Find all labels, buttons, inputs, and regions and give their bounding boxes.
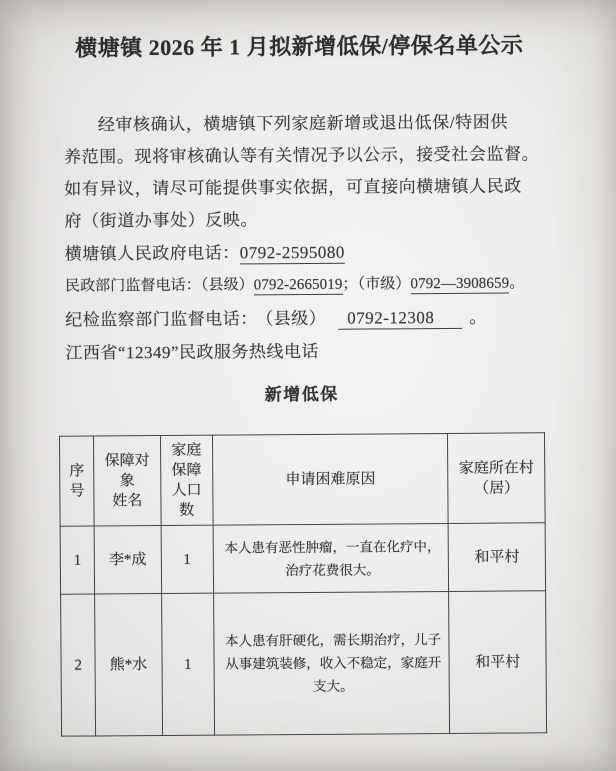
section-title-new-additions: 新增低保: [59, 378, 545, 406]
cell-index: 2: [61, 594, 96, 736]
contact-info-block: 横塘镇人民政府电话：0792-2595080 民政部门监督电话：（县级）0792…: [58, 234, 545, 369]
scanned-document-sheet: 横塘镇 2026 年 1 月拟新增低保/停保名单公示 经审核确认，横塘镇下列家庭…: [0, 0, 616, 771]
hotline-phone-line: 江西省“12349”民政服务热线电话: [65, 333, 544, 369]
table-row: 2 熊*水 1 本人患有肝硬化，需长期治疗，儿子 从事建筑装修，收入不稳定，家庭…: [61, 591, 547, 736]
discipline-prefix: （县级）: [265, 309, 327, 328]
discipline-phone-number: 0792-12308: [338, 308, 462, 330]
civil-suffix: 。: [509, 275, 524, 291]
cell-reason: 本人患有恶性肿瘤，一直在化疗中， 治疗花费很大。: [213, 523, 449, 593]
cell-household-count: 1: [161, 525, 214, 593]
civil-county-prefix: （县级）: [201, 277, 254, 293]
col-header-household-count: 家庭保障 人口数: [160, 435, 213, 525]
gov-phone-label: 横塘镇人民政府电话：: [65, 243, 240, 263]
cell-household-count: 1: [161, 593, 214, 735]
cell-name: 李*成: [94, 525, 161, 593]
page-title: 横塘镇 2026 年 1 月拟新增低保/停保名单公示: [56, 28, 542, 62]
cell-reason: 本人患有肝硬化，需长期治疗，儿子 从事建筑装修，收入不稳定，家庭开 支大。: [214, 591, 450, 735]
discipline-suffix: 。: [469, 308, 487, 327]
col-header-name: 保障对象 姓名: [94, 435, 161, 525]
cell-index: 1: [60, 526, 95, 594]
intro-paragraph: 经审核确认，横塘镇下列家庭新增或退出低保/特困供 养范围。现将审核确认等有关情况…: [57, 106, 544, 237]
col-header-village: 家庭所在村 （居）: [448, 433, 545, 524]
civil-city-prefix: （市级）: [358, 276, 411, 292]
hotline-text: 江西省“12349”民政服务热线电话: [65, 342, 319, 363]
gov-phone-number: 0792-2595080: [240, 243, 345, 265]
document-content: 横塘镇 2026 年 1 月拟新增低保/停保名单公示 经审核确认，横塘镇下列家庭…: [56, 0, 547, 737]
col-header-index: 序号: [59, 436, 94, 526]
civil-separator: ；: [342, 277, 357, 293]
cell-village: 和平村: [449, 591, 547, 734]
table-row: 1 李*成 1 本人患有恶性肿瘤，一直在化疗中， 治疗花费很大。 和平村: [60, 523, 545, 594]
gov-phone-line: 横塘镇人民政府电话：0792-2595080: [65, 234, 544, 270]
civil-phone-label: 民政部门监督电话：: [65, 278, 201, 295]
col-header-reason: 申请困难原因: [212, 433, 448, 525]
civil-county-number: 0792-2665019: [254, 277, 343, 296]
discipline-phone-label: 纪检监察部门监督电话：: [65, 309, 258, 329]
new-addition-roster-table: 序号 保障对象 姓名 家庭保障 人口数 申请困难原因 家庭所在村 （居） 1 李…: [59, 432, 547, 736]
cell-village: 和平村: [448, 523, 545, 592]
civil-city-number: 0792—3908659: [410, 276, 509, 295]
discipline-phone-line: 纪检监察部门监督电话：（县级）0792-12308。: [65, 300, 544, 336]
table-header-row: 序号 保障对象 姓名 家庭保障 人口数 申请困难原因 家庭所在村 （居）: [59, 433, 545, 526]
cell-name: 熊*水: [95, 593, 162, 735]
civil-affairs-phone-line: 民政部门监督电话：（县级）0792-2665019；（市级）0792—39086…: [65, 267, 544, 303]
